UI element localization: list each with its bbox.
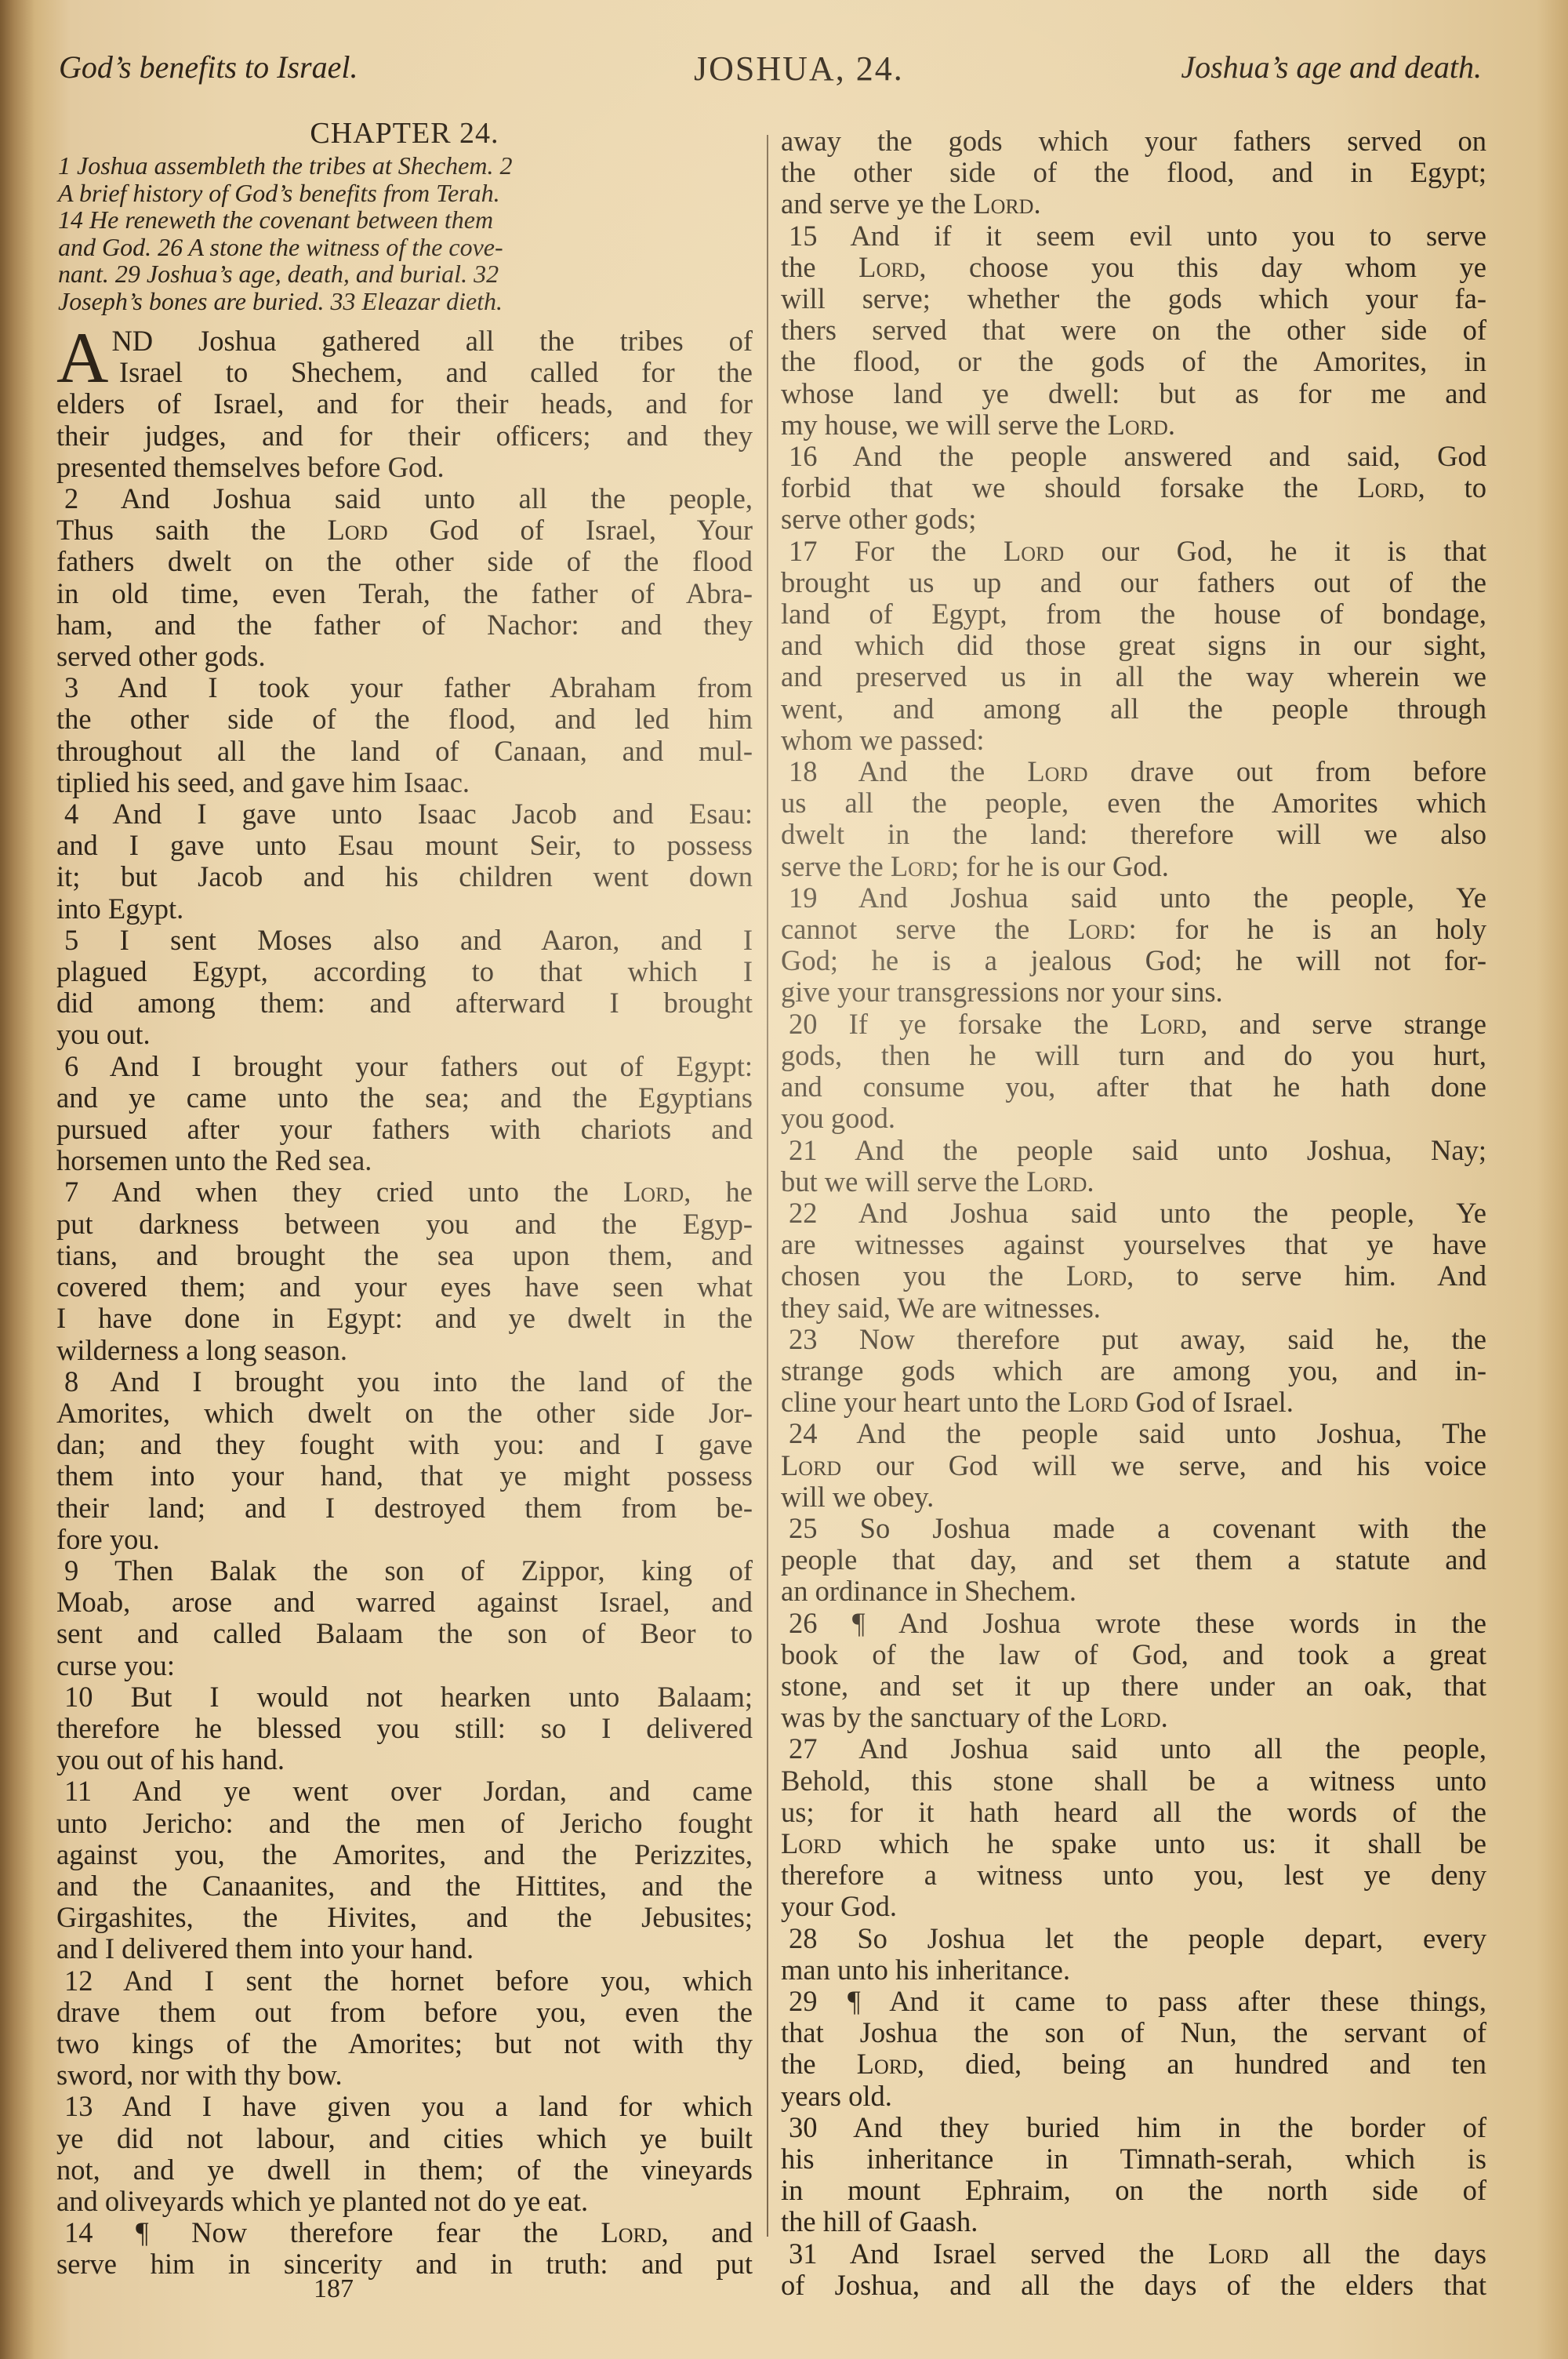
- text-line: us; for it hath heard all the words of t…: [781, 1797, 1486, 1828]
- text-line: 19 And Joshua said unto the people, Ye: [781, 882, 1486, 914]
- text-line: land of Egypt, from the house of bondage…: [781, 598, 1486, 630]
- column-divider: [767, 135, 768, 2237]
- text-line: but we will serve the Lord.: [781, 1166, 1486, 1198]
- text-line: 3 And I took your father Abraham from: [56, 672, 753, 703]
- text-line: 18 And the Lord drave out from before: [781, 756, 1486, 787]
- text-line: therefore a witness unto you, lest ye de…: [781, 1859, 1486, 1891]
- text-line: therefore he blessed you still: so I del…: [56, 1713, 753, 1744]
- text-line: Thus saith the Lord God of Israel, Your: [56, 514, 753, 546]
- text-line: dan; and they fought with you: and I gav…: [56, 1429, 753, 1460]
- text-line: your God.: [781, 1891, 1486, 1922]
- text-line: 31 And Israel served the Lord all the da…: [781, 2238, 1486, 2270]
- text-line: not, and ye dwell in them; of the vineya…: [56, 2154, 753, 2186]
- text-line: sent and called Balaam the son of Beor t…: [56, 1618, 753, 1649]
- text-line: away the gods which your fathers served …: [781, 125, 1486, 157]
- text-line: people that day, and set them a statute …: [781, 1544, 1486, 1576]
- text-line: tiplied his seed, and gave him Isaac.: [56, 767, 753, 798]
- text-line: Moab, arose and warred against Israel, a…: [56, 1587, 753, 1618]
- text-line: and which did those great signs in our s…: [781, 630, 1486, 661]
- text-line: it; but Jacob and his children went down: [56, 861, 753, 892]
- left-column: CHAPTER 24. 1 Joshua assembleth the trib…: [56, 118, 753, 2281]
- text-line: 23 Now therefore put away, said he, the: [781, 1324, 1486, 1355]
- text-line: that Joshua the son of Nun, the servant …: [781, 2017, 1486, 2048]
- text-line: his inheritance in Timnath-serah, which …: [781, 2143, 1486, 2175]
- text-line: 21 And the people said unto Joshua, Nay;: [781, 1135, 1486, 1166]
- text-line: book of the law of God, and took a great: [781, 1639, 1486, 1670]
- text-line: Lord which he spake unto us: it shall be: [781, 1828, 1486, 1859]
- text-line: 17 For the Lord our God, he it is that: [781, 536, 1486, 567]
- summary-line: A brief history of God’s benefits from T…: [75, 180, 753, 207]
- text-line: chosen you the Lord, to serve him. And: [781, 1260, 1486, 1292]
- summary-line: nant. 29 Joshua’s age, death, and burial…: [75, 260, 753, 288]
- text-line: they said, We are witnesses.: [781, 1292, 1486, 1324]
- text-line: 14 ¶ Now therefore fear the Lord, and: [56, 2217, 753, 2248]
- text-line: stone, and set it up there under an oak,…: [781, 1670, 1486, 1702]
- text-line: will we obey.: [781, 1481, 1486, 1513]
- text-line: ham, and the father of Nachor: and they: [56, 609, 753, 641]
- text-line: them into your hand, that ye might posse…: [56, 1460, 753, 1492]
- text-line: 5 I sent Moses also and Aaron, and I: [56, 925, 753, 956]
- text-line: dwelt in the land: therefore will we als…: [781, 819, 1486, 850]
- text-line: 12 And I sent the hornet before you, whi…: [56, 1965, 753, 1997]
- text-line: the other side of the flood, and in Egyp…: [781, 157, 1486, 188]
- text-line: and I gave unto Esau mount Seir, to poss…: [56, 830, 753, 861]
- text-line: fore you.: [56, 1524, 753, 1555]
- bible-page: God’s benefits to Israel. JOSHUA, 24. Jo…: [0, 0, 1568, 2359]
- running-head: God’s benefits to Israel. JOSHUA, 24. Jo…: [59, 49, 1482, 96]
- text-line: of Joshua, and all the days of the elder…: [781, 2270, 1486, 2301]
- text-line: give your transgressions nor your sins.: [781, 976, 1486, 1008]
- text-line: and oliveyards which ye planted not do y…: [56, 2186, 753, 2217]
- text-line: against you, the Amorites, and the Periz…: [56, 1839, 753, 1870]
- text-line: did among them: and afterward I brought: [56, 987, 753, 1019]
- text-line: Israel to Shechem, and called for the: [56, 357, 753, 388]
- text-line: went, and among all the people through: [781, 693, 1486, 725]
- right-column-text: away the gods which your fathers served …: [781, 125, 1486, 2301]
- text-line: 16 And the people answered and said, God: [781, 441, 1486, 472]
- text-line: horsemen unto the Red sea.: [56, 1145, 753, 1176]
- text-line: an ordinance in Shechem.: [781, 1576, 1486, 1607]
- text-line: unto Jericho: and the men of Jericho fou…: [56, 1808, 753, 1839]
- text-line: 20 If ye forsake the Lord, and serve str…: [781, 1009, 1486, 1040]
- text-line: 25 So Joshua made a covenant with the: [781, 1513, 1486, 1544]
- text-line: 6 And I brought your fathers out of Egyp…: [56, 1051, 753, 1082]
- text-line: and the Canaanites, and the Hittites, an…: [56, 1870, 753, 1902]
- text-line: Behold, this stone shall be a witness un…: [781, 1765, 1486, 1797]
- running-head-book-chapter: JOSHUA, 24.: [694, 49, 904, 89]
- text-line: 13 And I have given you a land for which: [56, 2091, 753, 2122]
- text-line: the other side of the flood, and led him: [56, 703, 753, 735]
- text-line: ye did not labour, and cities which ye b…: [56, 2123, 753, 2154]
- left-column-text: A ND Joshua gathered all the tribes ofIs…: [56, 325, 753, 2281]
- text-line: brought us up and our fathers out of the: [781, 567, 1486, 598]
- text-line: and ye came unto the sea; and the Egypti…: [56, 1082, 753, 1114]
- text-line: serve other gods;: [781, 503, 1486, 535]
- text-line: you good.: [781, 1103, 1486, 1134]
- text-line: 4 And I gave unto Isaac Jacob and Esau:: [56, 798, 753, 830]
- text-line: serve the Lord; for he is our God.: [781, 851, 1486, 882]
- right-column: away the gods which your fathers served …: [781, 125, 1486, 2301]
- text-line: throughout all the land of Canaan, and m…: [56, 736, 753, 767]
- text-line: elders of Israel, and for their heads, a…: [56, 388, 753, 420]
- summary-line: Joseph’s bones are buried. 33 Eleazar di…: [75, 288, 753, 315]
- text-line: covered them; and your eyes have seen wh…: [56, 1271, 753, 1303]
- text-line: whose land ye dwell: but as for me and: [781, 378, 1486, 409]
- text-line: Girgashites, the Hivites, and the Jebusi…: [56, 1902, 753, 1933]
- text-line: 2 And Joshua said unto all the people,: [56, 483, 753, 514]
- text-line: was by the sanctuary of the Lord.: [781, 1702, 1486, 1733]
- text-line: serve him in sincerity and in truth: and…: [56, 2248, 753, 2280]
- text-line: whom we passed:: [781, 725, 1486, 756]
- text-line: you out of his hand.: [56, 1744, 753, 1776]
- text-line: Lord our God will we serve, and his voic…: [781, 1450, 1486, 1481]
- text-line: 10 But I would not hearken unto Balaam;: [56, 1681, 753, 1713]
- text-line: the Lord, died, being an hundred and ten: [781, 2048, 1486, 2080]
- page-number: 187: [314, 2274, 354, 2304]
- text-line: man unto his inheritance.: [781, 1954, 1486, 1986]
- text-line: the Lord, choose you this day whom ye: [781, 252, 1486, 283]
- text-line: and consume you, after that he hath done: [781, 1071, 1486, 1103]
- text-line: 29 ¶ And it came to pass after these thi…: [781, 1986, 1486, 2017]
- chapter-summary: 1 Joshua assembleth the tribes at Sheche…: [56, 152, 753, 314]
- text-line: 15 And if it seem evil unto you to serve: [781, 220, 1486, 252]
- text-line: 30 And they buried him in the border of: [781, 2112, 1486, 2143]
- text-line: into Egypt.: [56, 893, 753, 925]
- text-line: forbid that we should forsake the Lord, …: [781, 472, 1486, 503]
- text-line: and preserved us in all the way wherein …: [781, 661, 1486, 692]
- text-line: will serve; whether the gods which your …: [781, 283, 1486, 314]
- text-line: are witnesses against yourselves that ye…: [781, 1229, 1486, 1260]
- text-line: sword, nor with thy bow.: [56, 2059, 753, 2091]
- text-line: gods, then he will turn and do you hurt,: [781, 1040, 1486, 1071]
- text-line: put darkness between you and the Egyp-: [56, 1209, 753, 1240]
- text-line: their judges, and for their officers; an…: [56, 420, 753, 452]
- text-line: wilderness a long season.: [56, 1335, 753, 1366]
- text-line: plagued Egypt, according to that which I: [56, 956, 753, 987]
- summary-line: and God. 26 A stone the witness of the c…: [75, 234, 753, 261]
- text-line: 9 Then Balak the son of Zippor, king of: [56, 1555, 753, 1587]
- text-line: years old.: [781, 2081, 1486, 2112]
- text-line: 22 And Joshua said unto the people, Ye: [781, 1198, 1486, 1229]
- text-line: 11 And ye went over Jordan, and came: [56, 1776, 753, 1807]
- text-line: strange gods which are among you, and in…: [781, 1355, 1486, 1387]
- text-line: 8 And I brought you into the land of the: [56, 1366, 753, 1398]
- text-line: their land; and I destroyed them from be…: [56, 1492, 753, 1524]
- text-line: 24 And the people said unto Joshua, The: [781, 1418, 1486, 1449]
- text-line: served other gods.: [56, 641, 753, 672]
- text-line: cline your heart unto the Lord God of Is…: [781, 1387, 1486, 1418]
- text-line: tians, and brought the sea upon them, an…: [56, 1240, 753, 1271]
- text-line: Amorites, which dwelt on the other side …: [56, 1398, 753, 1429]
- drop-cap: A: [56, 329, 108, 387]
- text-line: cannot serve the Lord: for he is an holy: [781, 914, 1486, 945]
- text-line: you out.: [56, 1019, 753, 1050]
- chapter-title: CHAPTER 24.: [56, 118, 753, 149]
- text-line: in old time, even Terah, the father of A…: [56, 578, 753, 609]
- text-line: ND Joshua gathered all the tribes of: [56, 325, 753, 357]
- text-line: drave them out from before you, even the: [56, 1997, 753, 2028]
- text-line: in mount Ephraim, on the north side of: [781, 2175, 1486, 2206]
- text-line: the hill of Gaash.: [781, 2206, 1486, 2237]
- text-line: thers served that were on the other side…: [781, 314, 1486, 346]
- text-line: I have done in Egypt: and ye dwelt in th…: [56, 1303, 753, 1334]
- text-line: fathers dwelt on the other side of the f…: [56, 546, 753, 577]
- summary-line: 1 Joshua assembleth the tribes at Sheche…: [75, 152, 753, 180]
- text-line: the flood, or the gods of the Amorites, …: [781, 346, 1486, 377]
- text-line: presented themselves before God.: [56, 452, 753, 483]
- text-line: two kings of the Amorites; but not with …: [56, 2028, 753, 2059]
- text-line: pursued after your fathers with chariots…: [56, 1114, 753, 1145]
- summary-line: 14 He reneweth the covenant between them: [75, 206, 753, 234]
- text-line: and I delivered them into your hand.: [56, 1933, 753, 1965]
- text-line: 26 ¶ And Joshua wrote these words in the: [781, 1608, 1486, 1639]
- text-line: and serve ye the Lord.: [781, 188, 1486, 220]
- text-line: 7 And when they cried unto the Lord, he: [56, 1176, 753, 1208]
- text-line: God; he is a jealous God; he will not fo…: [781, 945, 1486, 976]
- text-line: curse you:: [56, 1650, 753, 1681]
- running-head-right: Joshua’s age and death.: [1181, 49, 1482, 85]
- text-line: my house, we will serve the Lord.: [781, 409, 1486, 441]
- text-line: 28 So Joshua let the people depart, ever…: [781, 1923, 1486, 1954]
- text-line: 27 And Joshua said unto all the people,: [781, 1733, 1486, 1765]
- text-line: us all the people, even the Amorites whi…: [781, 787, 1486, 819]
- running-head-left: God’s benefits to Israel.: [59, 49, 358, 85]
